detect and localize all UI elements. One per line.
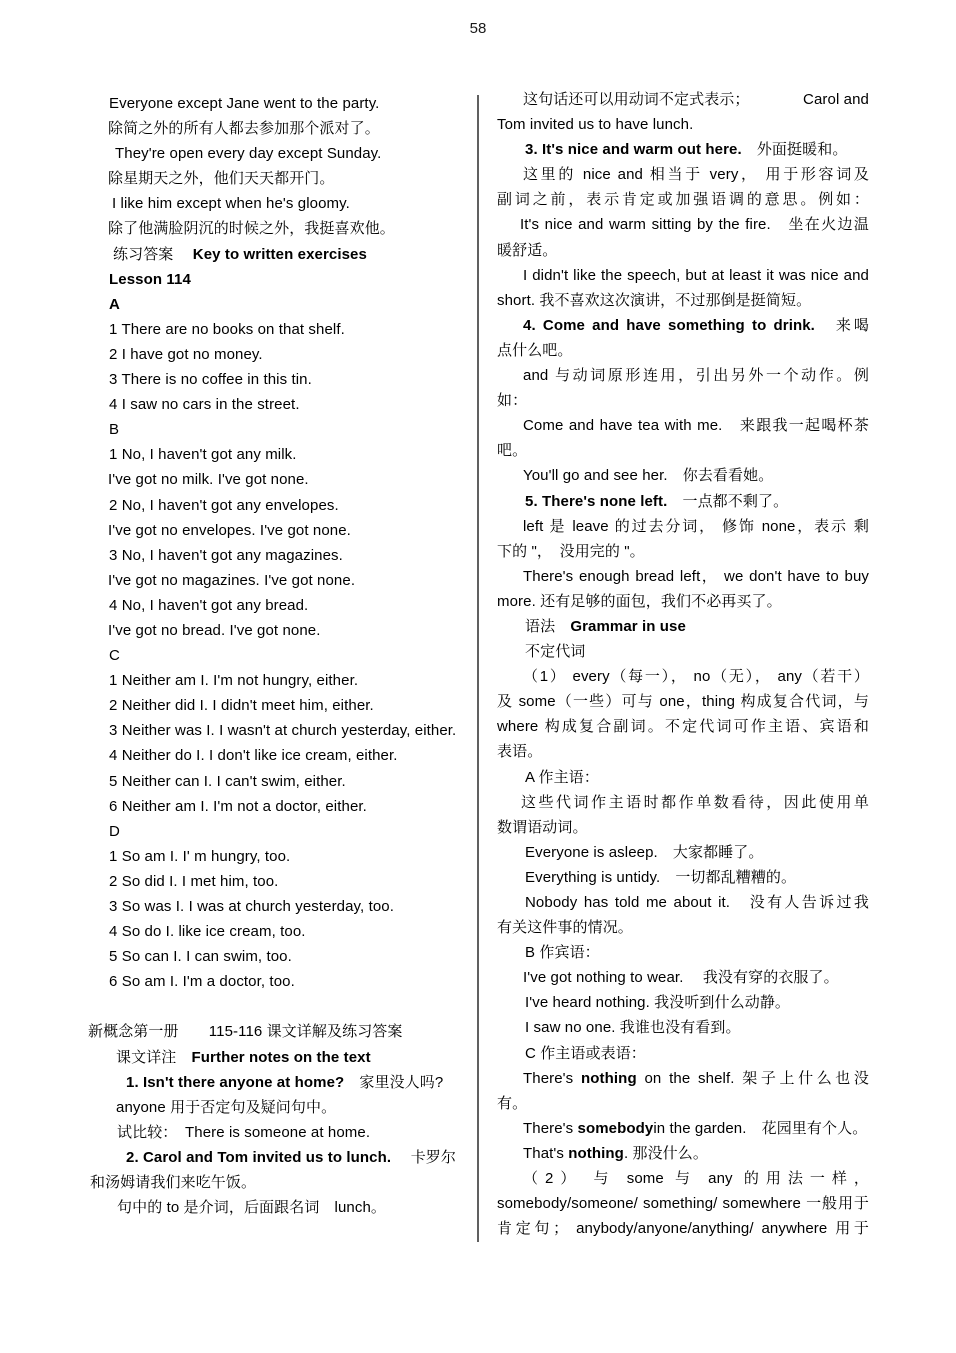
text-run: 2 Neither did I. I didn't meet him, eith… — [109, 697, 374, 714]
text-line: 4 Neither do I. I don't like ice cream, … — [88, 743, 456, 768]
bold-text-run: Grammar in use — [570, 618, 686, 635]
text-line: 有关这件事的情况。 — [497, 915, 869, 940]
text-line: 除简之外的所有人都去参加那个派对了。 — [88, 116, 456, 141]
text-run: I've got nothing to wear. 我没有穿的衣服了。 — [523, 969, 839, 986]
text-run: 4 So do I. like ice cream, too. — [109, 923, 306, 940]
text-run: 5 So can I. I can swim, too. — [109, 948, 292, 965]
text-run: B — [109, 421, 119, 438]
text-run: I like him except when he's gloomy. — [112, 195, 350, 212]
text-run: You'll go and see her. 你去看看她。 — [523, 467, 773, 484]
bold-text-run: 3. It's nice and warm out here. — [525, 141, 742, 158]
text-line: Come and have tea with me. 来跟我一起喝杯茶 — [497, 413, 869, 438]
text-run: where 构成复合副词。不定代词可作主语、宾语和 — [497, 718, 869, 735]
text-line: 5 Neither can I. I can't swim, either. — [88, 769, 456, 794]
text-line: 肯定句； anybody/anyone/anything/ anywhere 用… — [497, 1216, 869, 1241]
text-line: 1 Neither am I. I'm not hungry, either. — [88, 668, 456, 693]
text-line: D — [88, 819, 456, 844]
text-run: 点什么吧。 — [497, 342, 573, 359]
text-run: 来喝 — [815, 317, 869, 334]
text-line: 3 There is no coffee in this tin. — [88, 367, 456, 392]
text-line: 及 some（一些）可与 one，thing 构成复合代词，与 — [497, 689, 869, 714]
text-run: A 作主语： — [525, 769, 599, 786]
text-line: somebody/someone/ something/ somewhere 一… — [497, 1191, 869, 1216]
text-run: 卡罗尔 — [411, 1149, 456, 1166]
text-run: 6 So am I. I'm a doctor, too. — [109, 973, 295, 990]
text-run: Carol and — [803, 91, 869, 108]
text-line: 数谓语动词。 — [497, 815, 869, 840]
text-line: Everyone is asleep. 大家都睡了。 — [497, 840, 869, 865]
text-line: I've got nothing to wear. 我没有穿的衣服了。 — [497, 965, 869, 990]
text-line: Lesson 114 — [88, 267, 456, 292]
text-line: 下的 "， 没用完的 "。 — [497, 539, 869, 564]
text-run: 除简之外的所有人都去参加那个派对了。 — [108, 120, 380, 137]
text-run: 新概念第一册 115-116 课文详解及练习答案 — [88, 1023, 403, 1040]
text-run: B 作宾语： — [525, 944, 600, 961]
text-line: There's nothing on the shelf. 架子上什么也没 — [497, 1066, 869, 1091]
text-run: 表语。 — [497, 743, 542, 760]
text-line: 5. There's none left. 一点都不剩了。 — [497, 489, 869, 514]
text-run: 不定代词 — [525, 643, 585, 660]
text-run: 有。 — [497, 1095, 527, 1112]
text-run: I've got no milk. I've got none. — [108, 471, 309, 488]
text-line: I've got no envelopes. I've got none. — [88, 518, 456, 543]
text-run: （2） 与 some 与 any 的用法一样， — [523, 1170, 869, 1187]
text-line: I like him except when he's gloomy. — [88, 191, 456, 216]
text-line: 6 So am I. I'm a doctor, too. — [88, 969, 456, 994]
text-run: on the shelf. 架子上什么也没 — [637, 1070, 869, 1087]
text-run: Everything is untidy. 一切都乱糟糟的。 — [525, 869, 796, 886]
text-run: anyone 用于否定句及疑问句中。 — [116, 1099, 336, 1116]
text-run: . 那没什么。 — [624, 1145, 708, 1162]
line-left-part: 这句话还可以用动词不定式表示； — [523, 87, 750, 112]
text-line: A — [88, 292, 456, 317]
text-line: 除了他满脸阴沉的时候之外，我挺喜欢他。 — [88, 216, 456, 241]
bold-text-run: nothing — [581, 1070, 637, 1087]
text-line: I've got no milk. I've got none. — [88, 467, 456, 492]
text-line: 1 There are no books on that shelf. — [88, 317, 456, 342]
text-run: left 是 leave 的过去分词， 修饰 none，表示 剩 — [523, 518, 869, 535]
text-run: 练习答案 — [113, 246, 193, 263]
text-line: 吧。 — [497, 438, 869, 463]
text-run: 4 No, I haven't got any bread. — [109, 597, 308, 614]
text-run: 句中的 to 是介词，后面跟名词 lunch。 — [117, 1199, 386, 1216]
text-line: I've got no bread. I've got none. — [88, 618, 456, 643]
text-line: 5 So can I. I can swim, too. — [88, 944, 456, 969]
text-run: 家里没人吗? — [344, 1074, 443, 1091]
text-line: Nobody has told me about it. 没有人告诉过我 — [497, 890, 869, 915]
text-run: I've got no bread. I've got none. — [108, 622, 321, 639]
text-run: 3 Neither was I. I wasn't at church yest… — [109, 722, 456, 739]
bold-text-run: Key to written exercises — [193, 246, 367, 263]
text-line: 课文详注 Further notes on the text — [88, 1045, 456, 1070]
text-run: Come and have tea with me. 来跟我一起喝杯茶 — [523, 417, 869, 434]
text-line: 2 I have got no money. — [88, 342, 456, 367]
text-line: 暖舒适。 — [497, 238, 869, 263]
text-line: A 作主语： — [497, 765, 869, 790]
text-run: 这里的 nice and 相当于 very， 用于形容词及 — [523, 166, 869, 183]
text-run: 试比较： There is someone at home. — [117, 1124, 370, 1141]
text-line: I've got no magazines. I've got none. — [88, 568, 456, 593]
text-line: 新概念第一册 115-116 课文详解及练习答案 — [88, 1019, 456, 1044]
text-run: 和汤姆请我们来吃午饭。 — [90, 1174, 256, 1191]
line-right-part: Carol and — [803, 87, 869, 112]
text-run: 3 There is no coffee in this tin. — [109, 371, 312, 388]
text-line: 试比较： There is someone at home. — [88, 1120, 456, 1145]
text-line: （1） every（每一）， no（无）， any（若干） — [497, 664, 869, 689]
text-line: 4 I saw no cars in the street. — [88, 392, 456, 417]
text-line: I didn't like the speech, but at least i… — [497, 263, 869, 288]
text-line: 4 So do I. like ice cream, too. — [88, 919, 456, 944]
bold-text-run: A — [109, 296, 120, 313]
text-line: C 作主语或表语： — [497, 1041, 869, 1066]
text-run: 除星期天之外，他们天天都开门。 — [108, 170, 335, 187]
text-run: short. 我不喜欢这次演讲，不过那倒是挺简短。 — [497, 292, 811, 309]
text-run: I didn't like the speech, but at least i… — [523, 267, 869, 284]
text-run: more. 还有足够的面包，我们不必再买了。 — [497, 593, 782, 610]
line-right-part: 卡罗尔 — [411, 1145, 456, 1170]
text-line: 这句话还可以用动词不定式表示；Carol and — [497, 87, 869, 112]
text-line: You'll go and see her. 你去看看她。 — [497, 463, 869, 488]
text-run: somebody/someone/ something/ somewhere 一… — [497, 1195, 869, 1212]
right-column: 这句话还可以用动词不定式表示；Carol andTom invited us t… — [497, 87, 869, 1241]
text-run: 1 No, I haven't got any milk. — [109, 446, 297, 463]
text-run: Tom invited us to have lunch. — [497, 116, 693, 133]
text-run: and 与动词原形连用，引出另外一个动作。例 — [523, 367, 869, 384]
bold-text-run: 5. There's none left. — [525, 493, 667, 510]
text-run: in the garden. 花园里有个人。 — [653, 1120, 867, 1137]
blank-line — [88, 994, 456, 1019]
text-run: 6 Neither am I. I'm not a doctor, either… — [109, 798, 367, 815]
text-line: 2 So did I. I met him, too. — [88, 869, 456, 894]
text-line: 副词之前，表示肯定或加强语调的意思。例如： — [497, 187, 869, 212]
text-run: I've got no magazines. I've got none. — [108, 572, 355, 589]
text-run: 语法 — [525, 618, 570, 635]
text-run: Everyone except Jane went to the party. — [109, 95, 379, 112]
text-run: Everyone is asleep. 大家都睡了。 — [525, 844, 764, 861]
text-run: That's — [523, 1145, 568, 1162]
text-line: short. 我不喜欢这次演讲，不过那倒是挺简短。 — [497, 288, 869, 313]
text-run: It's nice and warm sitting by the fire. … — [520, 216, 869, 233]
text-run: 这些代词作主语时都作单数看待，因此使用单 — [521, 794, 869, 811]
text-line: 2 No, I haven't got any envelopes. — [88, 493, 456, 518]
text-line: C — [88, 643, 456, 668]
text-line: 2. Carol and Tom invited us to lunch.卡罗尔 — [88, 1145, 456, 1170]
bold-text-run: nothing — [568, 1145, 624, 1162]
text-line: 1. Isn't there anyone at home? 家里没人吗? — [88, 1070, 456, 1095]
text-run: 课文详注 — [116, 1049, 192, 1066]
text-run: 暖舒适。 — [497, 242, 557, 259]
text-line: 3 No, I haven't got any magazines. — [88, 543, 456, 568]
text-run: 及 some（一些）可与 one，thing 构成复合代词，与 — [497, 693, 869, 710]
text-run: 1 There are no books on that shelf. — [109, 321, 345, 338]
text-line: 2 Neither did I. I didn't meet him, eith… — [88, 693, 456, 718]
text-line: 有。 — [497, 1091, 869, 1116]
text-run: 下的 "， 没用完的 "。 — [497, 543, 645, 560]
text-line: more. 还有足够的面包，我们不必再买了。 — [497, 589, 869, 614]
text-line: 4. Come and have something to drink. 来喝 — [497, 313, 869, 338]
text-line: 语法 Grammar in use — [497, 614, 869, 639]
text-run: I saw no one. 我谁也没有看到。 — [525, 1019, 741, 1036]
text-run: I've heard nothing. 我没听到什么动静。 — [525, 994, 790, 1011]
page-number: 58 — [0, 20, 956, 37]
text-run: 这句话还可以用动词不定式表示； — [523, 91, 750, 108]
text-line: 4 No, I haven't got any bread. — [88, 593, 456, 618]
text-run: D — [109, 823, 120, 840]
document-page: 58 Everyone except Jane went to the part… — [0, 0, 956, 1353]
text-line: 练习答案 Key to written exercises — [88, 242, 456, 267]
text-line: 表语。 — [497, 739, 869, 764]
text-line: 3. It's nice and warm out here. 外面挺暖和。 — [497, 137, 869, 162]
text-run: 除了他满脸阴沉的时候之外，我挺喜欢他。 — [108, 220, 395, 237]
text-run: 3 So was I. I was at church yesterday, t… — [109, 898, 394, 915]
text-run: 2 I have got no money. — [109, 346, 263, 363]
text-line: Everything is untidy. 一切都乱糟糟的。 — [497, 865, 869, 890]
bold-text-run: 4. Come and have something to drink. — [523, 317, 815, 334]
text-line: left 是 leave 的过去分词， 修饰 none，表示 剩 — [497, 514, 869, 539]
text-line: B 作宾语： — [497, 940, 869, 965]
bold-text-run: somebody — [578, 1120, 654, 1137]
text-line: 3 So was I. I was at church yesterday, t… — [88, 894, 456, 919]
left-column: Everyone except Jane went to the party.除… — [88, 91, 456, 1220]
text-line: Tom invited us to have lunch. — [497, 112, 869, 137]
text-line: 如： — [497, 388, 869, 413]
text-run: C 作主语或表语： — [525, 1045, 646, 1062]
text-run: 副词之前，表示肯定或加强语调的意思。例如： — [497, 191, 869, 208]
text-run: 4 Neither do I. I don't like ice cream, … — [109, 747, 398, 764]
text-line: where 构成复合副词。不定代词可作主语、宾语和 — [497, 714, 869, 739]
text-run: 有关这件事的情况。 — [497, 919, 633, 936]
text-run: They're open every day except Sunday. — [115, 145, 381, 162]
text-run: 2 So did I. I met him, too. — [109, 873, 278, 890]
text-line: I saw no one. 我谁也没有看到。 — [497, 1015, 869, 1040]
text-line: 点什么吧。 — [497, 338, 869, 363]
text-line: 这些代词作主语时都作单数看待，因此使用单 — [497, 790, 869, 815]
text-run: 3 No, I haven't got any magazines. — [109, 547, 343, 564]
column-divider — [477, 95, 479, 1242]
text-run: 4 I saw no cars in the street. — [109, 396, 300, 413]
text-line: It's nice and warm sitting by the fire. … — [497, 212, 869, 237]
text-run: 1 Neither am I. I'm not hungry, either. — [109, 672, 358, 689]
text-line: 3 Neither was I. I wasn't at church yest… — [88, 718, 456, 743]
text-line: They're open every day except Sunday. — [88, 141, 456, 166]
text-run: There's — [523, 1070, 581, 1087]
text-run: 吧。 — [497, 442, 527, 459]
bold-text-run: Further notes on the text — [192, 1049, 371, 1066]
text-line: I've heard nothing. 我没听到什么动静。 — [497, 990, 869, 1015]
text-run: Nobody has told me about it. 没有人告诉过我 — [525, 894, 869, 911]
text-line: 不定代词 — [497, 639, 869, 664]
text-line: 1 So am I. I' m hungry, too. — [88, 844, 456, 869]
text-line: 1 No, I haven't got any milk. — [88, 442, 456, 467]
text-line: 句中的 to 是介词，后面跟名词 lunch。 — [88, 1195, 456, 1220]
text-run: 如： — [497, 392, 527, 409]
text-line: anyone 用于否定句及疑问句中。 — [88, 1095, 456, 1120]
text-run: 2 No, I haven't got any envelopes. — [109, 497, 339, 514]
text-line: B — [88, 417, 456, 442]
bold-text-run: 1. Isn't there anyone at home? — [126, 1074, 344, 1091]
text-run: 5 Neither can I. I can't swim, either. — [109, 773, 346, 790]
line-left-part: 2. Carol and Tom invited us to lunch. — [126, 1145, 391, 1170]
text-line: 这里的 nice and 相当于 very， 用于形容词及 — [497, 162, 869, 187]
text-line: and 与动词原形连用，引出另外一个动作。例 — [497, 363, 869, 388]
text-run: There's enough bread left， we don't have… — [523, 568, 869, 585]
text-run: 外面挺暖和。 — [742, 141, 848, 158]
text-line: There's somebodyin the garden. 花园里有个人。 — [497, 1116, 869, 1141]
text-line: There's enough bread left， we don't have… — [497, 564, 869, 589]
text-line: 和汤姆请我们来吃午饭。 — [88, 1170, 456, 1195]
text-run: C — [109, 647, 120, 664]
text-line: Everyone except Jane went to the party. — [88, 91, 456, 116]
text-line: （2） 与 some 与 any 的用法一样， — [497, 1166, 869, 1191]
text-run: There's — [523, 1120, 578, 1137]
bold-text-run: Lesson 114 — [109, 271, 191, 288]
text-run: （1） every（每一）， no（无）， any（若干） — [523, 668, 869, 685]
text-run: 数谓语动词。 — [497, 819, 588, 836]
text-run: 肯定句； anybody/anyone/anything/ anywhere 用… — [497, 1220, 869, 1237]
text-run: I've got no envelopes. I've got none. — [108, 522, 351, 539]
bold-text-run: 2. Carol and Tom invited us to lunch. — [126, 1149, 391, 1166]
text-line: That's nothing. 那没什么。 — [497, 1141, 869, 1166]
text-run: 1 So am I. I' m hungry, too. — [109, 848, 290, 865]
text-line: 6 Neither am I. I'm not a doctor, either… — [88, 794, 456, 819]
text-run: 一点都不剩了。 — [667, 493, 788, 510]
text-line: 除星期天之外，他们天天都开门。 — [88, 166, 456, 191]
